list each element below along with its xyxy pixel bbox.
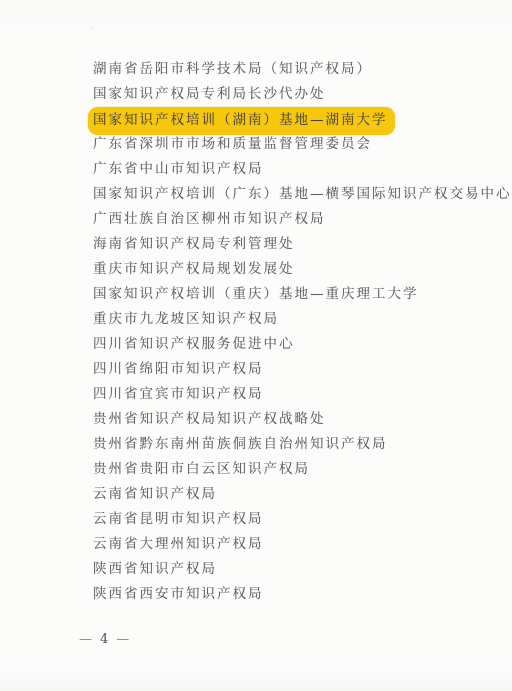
list-item: 国家知识产权培训（重庆）基地—重庆理工大学 [93,282,512,307]
list-item-text: 国家知识产权培训（广东）基地—横琴国际知识产权交易中心 [93,182,512,207]
page-number-value: 4 [100,631,109,649]
list-item-text: 贵州省贵阳市白云区知识产权局 [93,457,310,482]
list-item-text: 湖南省岳阳市科学技术局（知识产权局） [93,57,372,82]
list-item-text: 陕西省知识产权局 [93,557,217,582]
list-item: 云南省昆明市知识产权局 [93,507,512,532]
list-item-text: 陕西省西安市知识产权局 [93,582,264,607]
document-page: 湖南省岳阳市科学技术局（知识产权局） 国家知识产权局专利局长沙代办处 国家知识产… [0,0,512,691]
list-item-text: 广东省中山市知识产权局 [93,157,264,182]
list-item-text: 广西壮族自治区柳州市知识产权局 [93,207,326,232]
list-item-text-highlighted: 国家知识产权培训（湖南）基地—湖南大学 [88,107,395,135]
list-item-text: 贵州省知识产权局知识产权战略处 [93,407,326,432]
list-item: 湖南省岳阳市科学技术局（知识产权局） [93,57,512,82]
office-list: 湖南省岳阳市科学技术局（知识产权局） 国家知识产权局专利局长沙代办处 国家知识产… [93,57,512,607]
list-item-text: 广东省深圳市市场和质量监督管理委员会 [93,132,372,157]
list-item: 国家知识产权局专利局长沙代办处 [93,82,512,107]
list-item-text: 四川省绵阳市知识产权局 [93,357,264,382]
list-item: 云南省知识产权局 [93,482,512,507]
list-item-text: 云南省大理州知识产权局 [93,532,264,557]
list-item: 国家知识产权培训（广东）基地—横琴国际知识产权交易中心 [93,182,512,207]
list-item: 海南省知识产权局专利管理处 [93,232,512,257]
list-item-text: 国家知识产权培训（重庆）基地—重庆理工大学 [93,282,419,307]
list-item: 四川省绵阳市知识产权局 [93,357,512,382]
list-item-text: 贵州省黔东南州苗族侗族自治州知识产权局 [93,432,388,457]
page-number-right-dash: — [116,631,130,649]
list-item: 陕西省西安市知识产权局 [93,582,512,607]
list-item: 云南省大理州知识产权局 [93,532,512,557]
list-item-text: 海南省知识产权局专利管理处 [93,232,295,257]
list-item: 陕西省知识产权局 [93,557,512,582]
list-item-text: 四川省宜宾市知识产权局 [93,382,264,407]
list-item-text: 四川省知识产权服务促进中心 [93,332,295,357]
list-item: 贵州省知识产权局知识产权战略处 [93,407,512,432]
list-item: 重庆市九龙坡区知识产权局 [93,307,512,332]
list-item-text: 重庆市九龙坡区知识产权局 [93,307,279,332]
list-item: 广东省深圳市市场和质量监督管理委员会 [93,132,512,157]
list-item: 重庆市知识产权局规划发展处 [93,257,512,282]
list-item-text: 云南省知识产权局 [93,482,217,507]
page-number: — 4 — [79,631,130,649]
list-item: 国家知识产权培训（湖南）基地—湖南大学 [93,107,512,132]
list-item-text: 国家知识产权局专利局长沙代办处 [93,82,326,107]
list-item: 贵州省黔东南州苗族侗族自治州知识产权局 [93,432,512,457]
list-item-text: 云南省昆明市知识产权局 [93,507,264,532]
page-number-left-dash: — [79,631,93,649]
list-item-text: 重庆市知识产权局规划发展处 [93,257,295,282]
list-item: 广东省中山市知识产权局 [93,157,512,182]
list-item: 四川省宜宾市知识产权局 [93,382,512,407]
list-item: 贵州省贵阳市白云区知识产权局 [93,457,512,482]
list-item: 广西壮族自治区柳州市知识产权局 [93,207,512,232]
list-item: 四川省知识产权服务促进中心 [93,332,512,357]
